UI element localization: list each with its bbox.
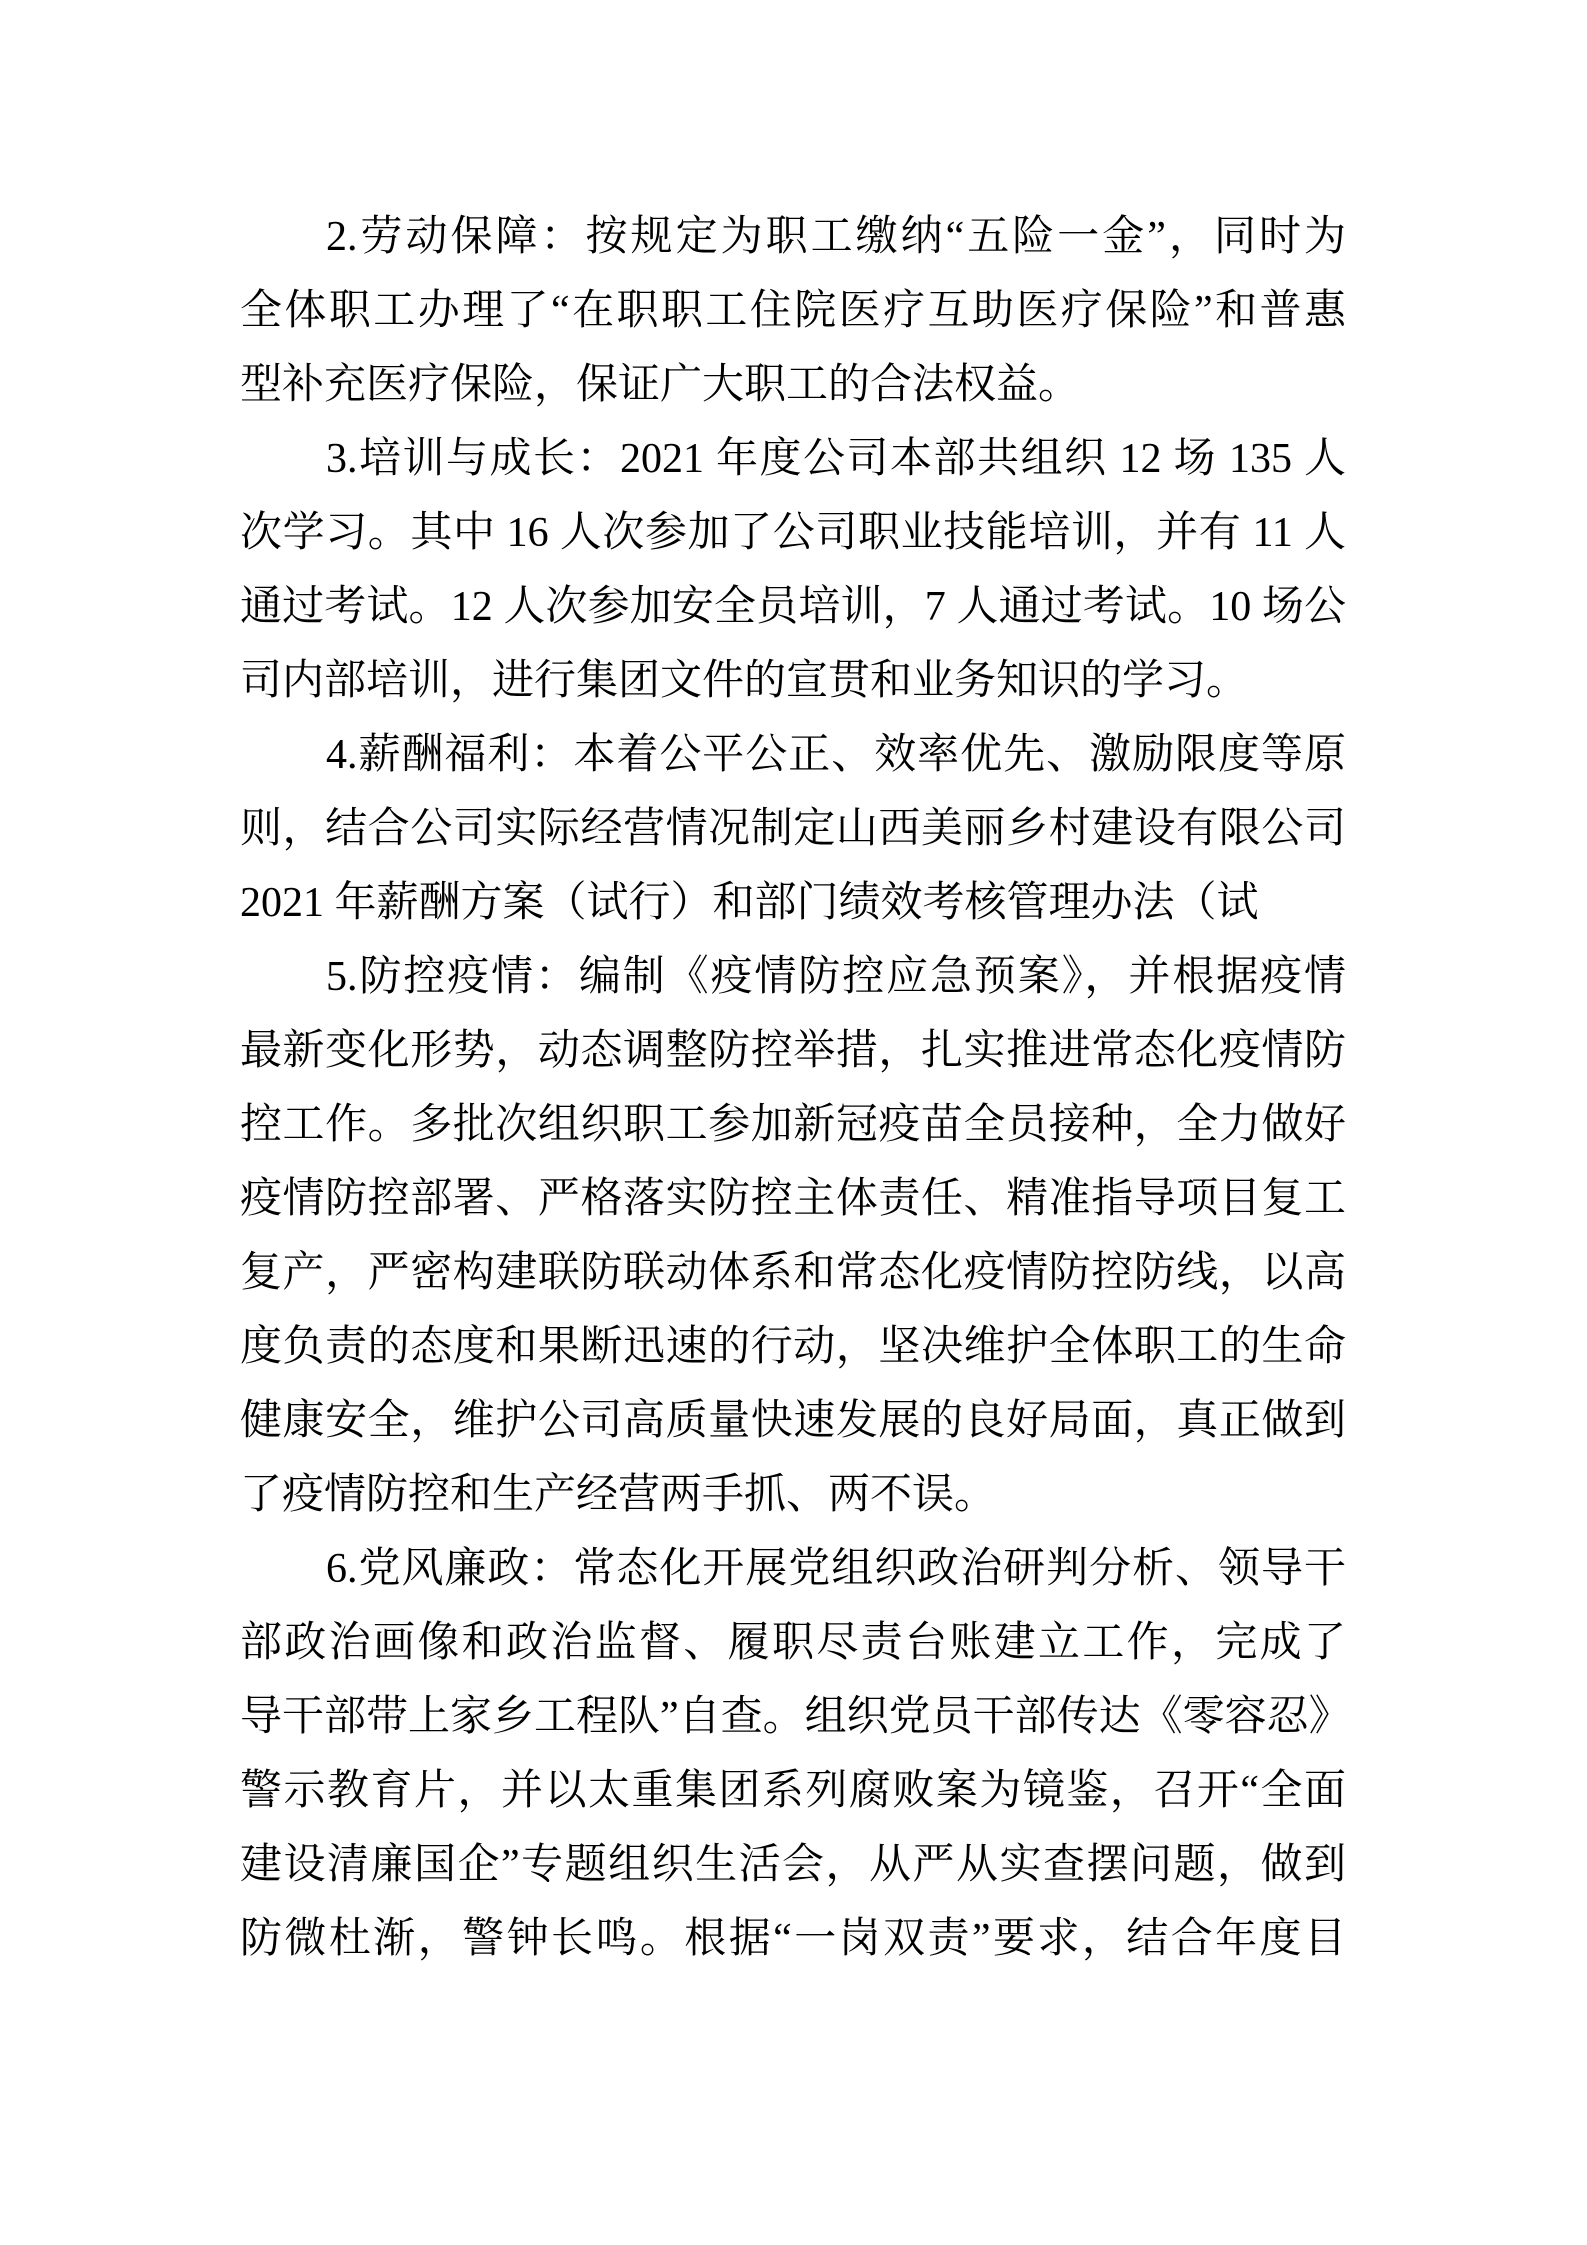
text-line: 3.培训与成长：2021 年度公司本部共组织 12 场 135 人 [240, 422, 1346, 496]
text-line: 导干部带上家乡工程队”自查。组织党员干部传达《零容忍》 [240, 1680, 1346, 1754]
text-line: 2.劳动保障：按规定为职工缴纳“五险一金”，同时为 [240, 200, 1346, 274]
para-pandemic-control: 5.防控疫情：编制《疫情防控应急预案》，并根据疫情最新变化形势，动态调整防控举措… [240, 940, 1346, 1532]
text-line: 4.薪酬福利：本着公平公正、效率优先、激励限度等原 [240, 718, 1346, 792]
text-line: 6.党风廉政：常态化开展党组织政治研判分析、领导干 [240, 1532, 1346, 1606]
text-line: 最新变化形势，动态调整防控举措，扎实推进常态化疫情防 [240, 1014, 1346, 1088]
text-line: 部政治画像和政治监督、履职尽责台账建立工作，完成了“领 [240, 1606, 1346, 1680]
text-line: 次学习。其中 16 人次参加了公司职业技能培训，并有 11 人 [240, 496, 1346, 570]
para-labor-protection: 2.劳动保障：按规定为职工缴纳“五险一金”，同时为全体职工办理了“在职职工住院医… [240, 200, 1346, 422]
text-line: 度负责的态度和果断迅速的行动，坚决维护全体职工的生命 [240, 1310, 1346, 1384]
text-line: 疫情防控部署、严格落实防控主体责任、精准指导项目复工 [240, 1162, 1346, 1236]
text-line: 建设清廉国企”专题组织生活会，从严从实查摆问题，做到 [240, 1828, 1346, 1902]
text-line: 型补充医疗保险，保证广大职工的合法权益。 [240, 348, 1346, 422]
text-line: 司内部培训，进行集团文件的宣贯和业务知识的学习。 [240, 644, 1346, 718]
text-line: 警示教育片，并以太重集团系列腐败案为镜鉴，召开“全面 [240, 1754, 1346, 1828]
para-training-growth: 3.培训与成长：2021 年度公司本部共组织 12 场 135 人次学习。其中 … [240, 422, 1346, 718]
document-body: 2.劳动保障：按规定为职工缴纳“五险一金”，同时为全体职工办理了“在职职工住院医… [240, 200, 1346, 1976]
text-line: 全体职工办理了“在职职工住院医疗互助医疗保险”和普惠 [240, 274, 1346, 348]
text-line: 通过考试。12 人次参加安全员培训，7 人通过考试。10 场公 [240, 570, 1346, 644]
text-line: 健康安全，维护公司高质量快速发展的良好局面，真正做到 [240, 1384, 1346, 1458]
text-line: 了疫情防控和生产经营两手抓、两不误。 [240, 1458, 1346, 1532]
text-line: 2021 年薪酬方案（试行）和部门绩效考核管理办法（试行）。 [240, 866, 1346, 940]
para-party-conduct: 6.党风廉政：常态化开展党组织政治研判分析、领导干部政治画像和政治监督、履职尽责… [240, 1532, 1346, 1976]
text-line: 防微杜渐，警钟长鸣。根据“一岗双责”要求，结合年度目 [240, 1902, 1346, 1976]
text-line: 控工作。多批次组织职工参加新冠疫苗全员接种，全力做好 [240, 1088, 1346, 1162]
para-salary-welfare: 4.薪酬福利：本着公平公正、效率优先、激励限度等原则，结合公司实际经营情况制定山… [240, 718, 1346, 940]
text-line: 5.防控疫情：编制《疫情防控应急预案》，并根据疫情 [240, 940, 1346, 1014]
text-line: 则，结合公司实际经营情况制定山西美丽乡村建设有限公司 [240, 792, 1346, 866]
text-line: 复产，严密构建联防联动体系和常态化疫情防控防线，以高 [240, 1236, 1346, 1310]
document-page: 2.劳动保障：按规定为职工缴纳“五险一金”，同时为全体职工办理了“在职职工住院医… [0, 0, 1587, 2245]
